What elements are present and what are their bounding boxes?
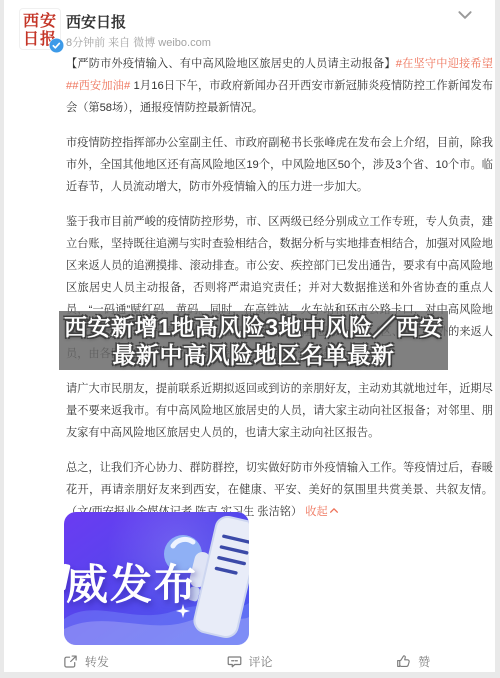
headline-line2: 最新中高风险地区名单最新	[113, 341, 395, 369]
comment-button[interactable]: 评论	[168, 650, 332, 672]
image-caption: 威发布	[66, 552, 198, 612]
avatar[interactable]: 西安 日报	[19, 8, 61, 50]
like-button[interactable]: 赞	[331, 650, 495, 672]
post-paragraph-2: 市疫情防控指挥部办公室副主任、市政府副秘书长张峰虎在发布会上介绍，目前，除我市外…	[66, 132, 493, 198]
paragraph-rest: 1月16日下午，市政府新闻办召开西安市新冠肺炎疫情防控工作新闻发布会（第58场）…	[66, 80, 493, 114]
headline-overlay: 西安新增1地高风险3地中风险／西安 最新中高风险地区名单最新	[59, 311, 448, 370]
post-paragraph-1: 【严防市外疫情输入、有中高风险地区旅居史的人员请主动报备】#在坚守中迎接希望##…	[66, 53, 493, 119]
weibo-post-card: 西安 日报 西安日报 8分钟前 来自 微博 weibo.com 【严防市外疫情输…	[4, 0, 495, 672]
closing-text: 总之，让我们齐心协力、群防群控，切实做好防市外疫情输入工作。等疫情过后，春暖花开…	[66, 462, 493, 496]
post-image[interactable]: 威发布	[64, 512, 249, 645]
repost-icon	[63, 654, 78, 669]
post-text: 【严防市外疫情输入、有中高风险地区旅居史的人员请主动报备】#在坚守中迎接希望##…	[66, 53, 493, 536]
comment-icon	[227, 654, 242, 669]
action-bar: 转发 评论 赞	[4, 650, 495, 672]
collapse-link[interactable]: 收起	[305, 506, 338, 518]
post-paragraph-4: 请广大市民朋友，提前联系近期拟返回或到访的亲朋好友，主动劝其就地过年，近期尽量不…	[66, 378, 493, 444]
verified-badge-icon	[49, 38, 64, 53]
post-meta: 8分钟前 来自 微博 weibo.com	[66, 34, 211, 50]
paragraph-lead: 【严防市外疫情输入、有中高风险地区旅居史的人员请主动报备】	[66, 58, 396, 70]
chevron-down-icon[interactable]	[456, 6, 474, 24]
thumbs-up-icon	[396, 654, 411, 669]
repost-button[interactable]: 转发	[4, 650, 168, 672]
headline-line1: 西安新增1地高风险3地中风险／西安	[64, 313, 443, 341]
account-name[interactable]: 西安日报	[66, 11, 126, 32]
avatar-calligraphy-row1: 西安	[20, 12, 60, 30]
